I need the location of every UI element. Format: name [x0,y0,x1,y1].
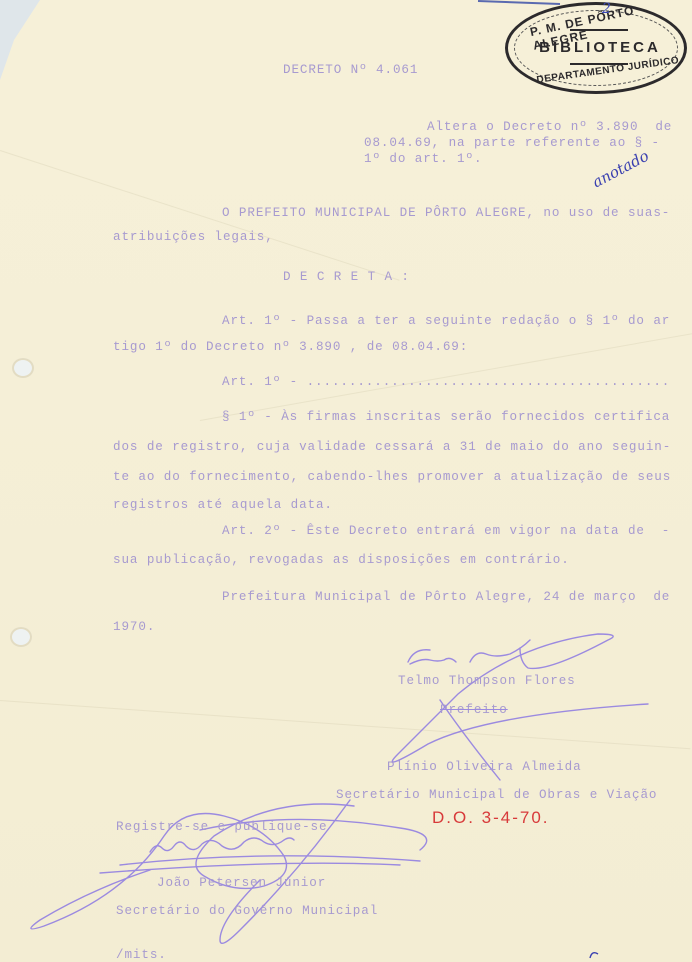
stamp-top-line [0,0,692,962]
